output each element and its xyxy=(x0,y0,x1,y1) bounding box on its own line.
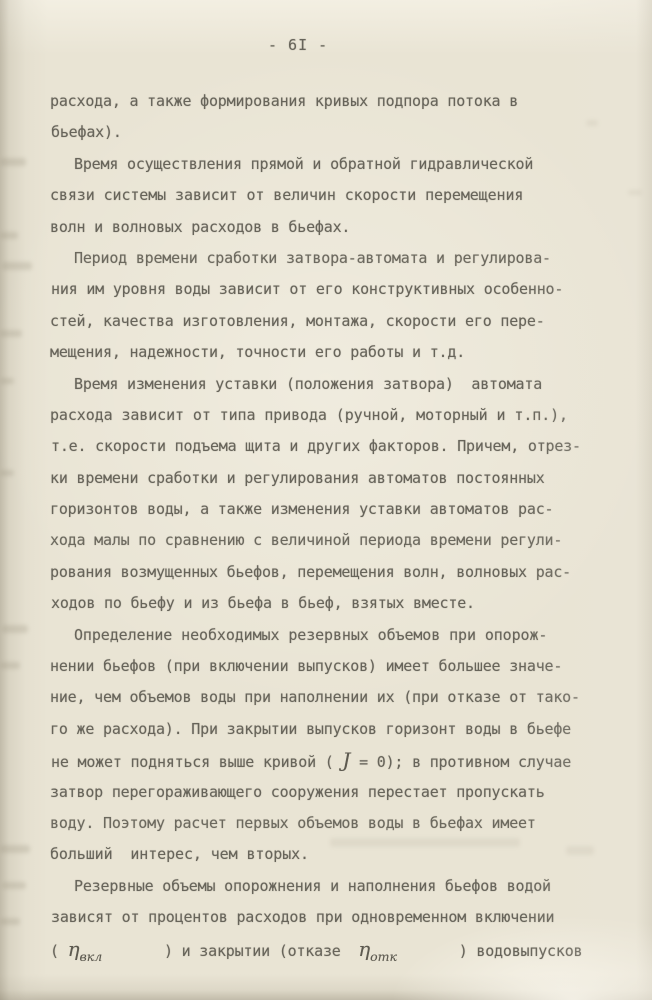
text-line: затвор перегораживающего сооружения пере… xyxy=(50,777,628,808)
bleedthrough-mark xyxy=(0,845,30,853)
bleedthrough-mark xyxy=(0,470,14,476)
text-line: хода малы по сравнению с величиной перио… xyxy=(50,525,628,556)
bleedthrough-mark xyxy=(0,918,20,925)
text-line: зависят от процентов расходов при одновр… xyxy=(51,902,628,933)
bleedthrough-mark xyxy=(586,120,598,126)
text-line: ( ηвкл ) и закрытии (отказе ηотк ) водов… xyxy=(50,934,628,965)
bleedthrough-mark xyxy=(2,625,28,633)
text-line: расхода, а также формирования кривых под… xyxy=(50,86,628,117)
symbol-subscript: вкл xyxy=(79,949,102,964)
typed-text: ( xyxy=(50,942,68,960)
bleedthrough-mark xyxy=(0,158,26,166)
text-line: ходов по бьефу и из бьефа в бьеф, взятых… xyxy=(51,588,628,619)
text-line: ния им уровня воды зависит от его констр… xyxy=(51,274,628,305)
text-line: бьефах). xyxy=(51,117,628,148)
page-number: - 6I - xyxy=(268,36,328,54)
typed-text: = 0); в противном случае xyxy=(350,753,571,771)
bleedthrough-mark xyxy=(2,882,26,889)
text-block: расхода, а также формирования кривых под… xyxy=(50,86,628,965)
text-line: расхода зависит от типа привода (ручной,… xyxy=(50,400,628,431)
text-line: связи системы зависит от величин скорост… xyxy=(50,180,628,211)
symbol-subscript: отк xyxy=(370,949,397,964)
text-line: волн и волновых расходов в бьефах. xyxy=(50,212,628,243)
text-line: Период времени сработки затвора-автомата… xyxy=(50,243,628,274)
bleedthrough-mark xyxy=(0,232,18,239)
text-line: Резервные объемы опорожнения и наполнени… xyxy=(50,871,628,902)
bleedthrough-mark xyxy=(628,190,642,195)
text-line: го же расхода). При закрытии выпусков го… xyxy=(50,714,628,745)
bleedthrough-mark xyxy=(566,846,594,855)
text-line: Определение необходимых резервных объемо… xyxy=(50,620,628,651)
text-line: горизонтов воды, а также изменения устав… xyxy=(50,494,628,525)
scanned-document-page: { "page": { "header": "- 6I -" }, "color… xyxy=(0,0,652,1000)
bleedthrough-mark xyxy=(0,330,22,337)
typed-text: ) и закрытии (отказе xyxy=(102,942,358,960)
text-line: т.е. скорости подъема щита и других факт… xyxy=(51,431,628,462)
text-line: Время изменения уставки (положения затво… xyxy=(50,369,628,400)
text-line: воду. Поэтому расчет первых объемов воды… xyxy=(50,808,628,839)
typed-text: не может подняться выше кривой ( xyxy=(51,753,342,771)
bleedthrough-mark xyxy=(0,378,14,384)
bleedthrough-mark xyxy=(2,262,32,270)
handwritten-symbol: ηотк xyxy=(358,937,397,961)
text-line: ние, чем объемов воды при наполнении их … xyxy=(50,682,628,713)
text-line: Время осуществления прямой и обратной ги… xyxy=(50,149,628,180)
text-line: стей, качества изготовления, монтажа, ск… xyxy=(50,306,628,337)
bleedthrough-mark xyxy=(0,662,20,669)
bleedthrough-mark xyxy=(330,838,520,847)
text-line: ки времени сработки и регулирования авто… xyxy=(50,463,628,494)
text-line: мещения, надежности, точности его работы… xyxy=(50,337,628,368)
handwritten-symbol: ηвкл xyxy=(68,937,103,961)
text-line: не может подняться выше кривой ( J = 0);… xyxy=(51,745,628,776)
text-line: нении бьефов (при включении выпусков) им… xyxy=(50,651,628,682)
text-line: рования возмущенных бьефов, перемещения … xyxy=(50,557,628,588)
typed-text: ) водовыпусков xyxy=(397,942,582,960)
